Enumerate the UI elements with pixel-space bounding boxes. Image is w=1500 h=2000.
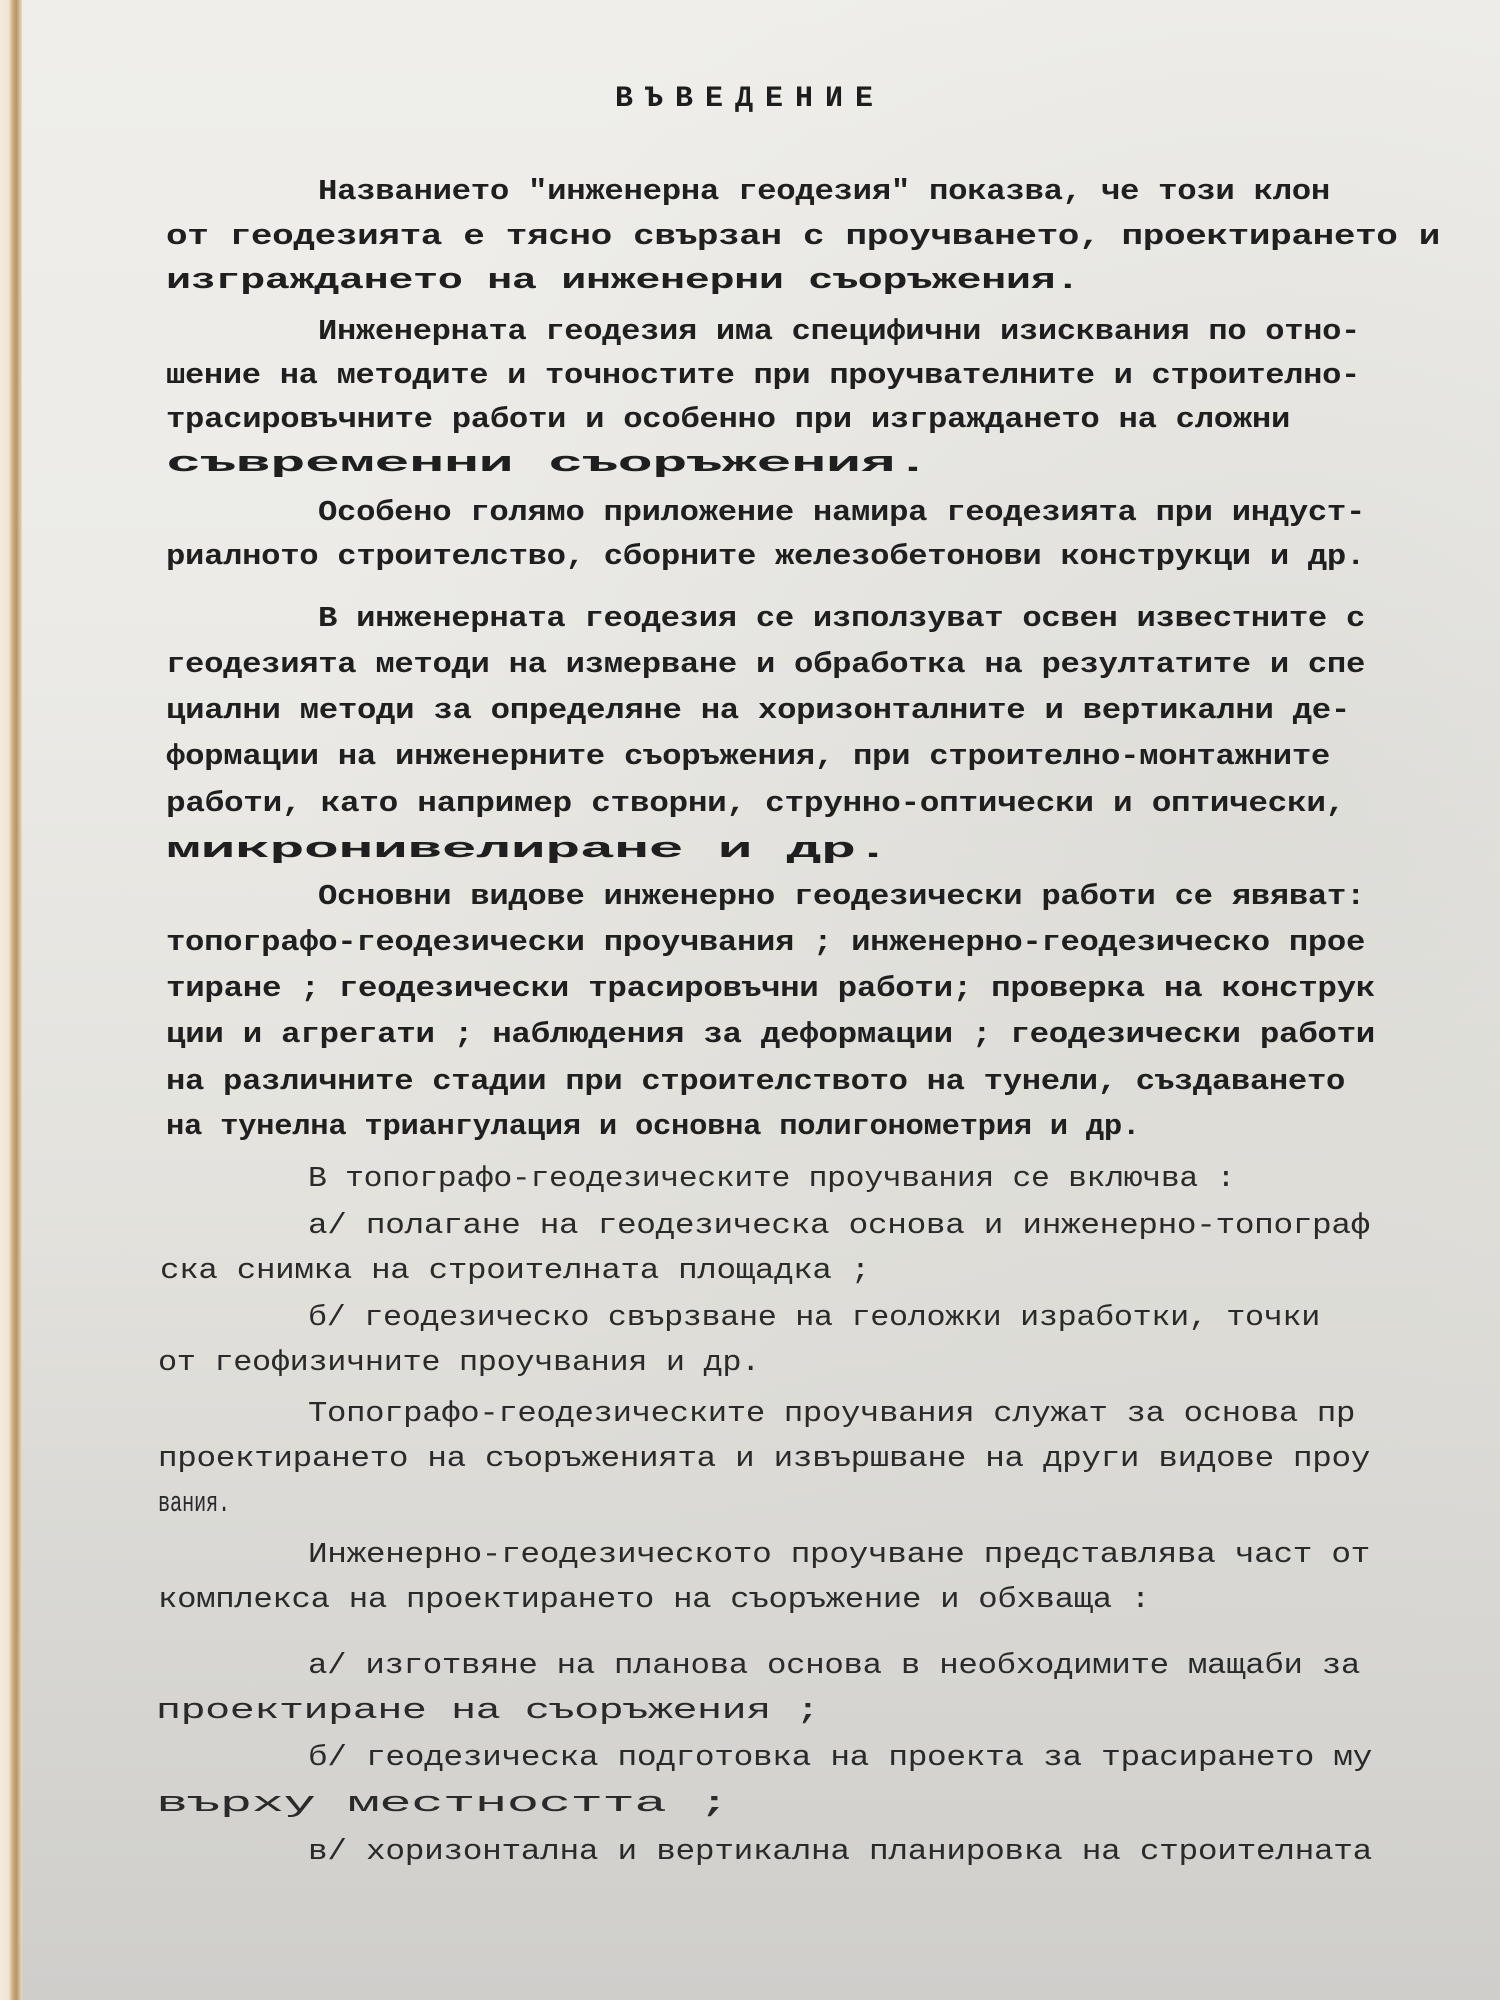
text-line: Топографо-геодезическите проучвания служ… — [308, 1397, 1355, 1430]
text-line: проектирането на съоръженията и извършва… — [158, 1442, 1370, 1475]
text-line: риалното строителство, сборните железобе… — [166, 540, 1365, 573]
page-edge — [0, 0, 22, 2000]
text-line: съвременни съоръжения. — [166, 447, 930, 480]
text-line: върху местността ; — [156, 1787, 730, 1820]
text-line: работи, като например створни, струнно-о… — [166, 787, 1345, 820]
text-line: от геодезията е тясно свързан с проучван… — [166, 220, 1440, 253]
text-line: В инженерната геодезия се използуват осв… — [318, 602, 1365, 635]
text-line: ска снимка на строителната площадка ; — [160, 1254, 870, 1287]
text-line: б/ геодезическо свързване на геоложки из… — [308, 1301, 1320, 1334]
text-line: формации на инженерните съоръжения, при … — [166, 740, 1330, 773]
text-line: геодезията методи на измерване и обработ… — [166, 648, 1365, 681]
text-line: топографо-геодезически проучвания ; инже… — [166, 926, 1365, 959]
text-line: Названието "инженерна геодезия" показва,… — [318, 175, 1330, 208]
text-line: ции и агрегати ; наблюдения за деформаци… — [166, 1018, 1375, 1051]
text-line: Основни видове инженерно геодезически ра… — [318, 880, 1365, 913]
text-line: трасировъчните работи и особенно при изг… — [166, 403, 1290, 436]
text-line: микронивелиране и др. — [166, 833, 890, 866]
text-line: а/ полагане на геодезическа основа и инж… — [308, 1209, 1370, 1242]
text-line: на тунелна триангулация и основна полиго… — [166, 1110, 1140, 1143]
page-title: ВЪВЕДЕНИЕ — [0, 82, 1500, 116]
text-line: тиране ; геодезически трасировъчни работ… — [166, 972, 1375, 1005]
text-line: проектиране на съоръжения ; — [156, 1694, 820, 1727]
text-line: а/ изготвяне на планова основа в необход… — [308, 1649, 1360, 1682]
text-line: вания. — [158, 1487, 230, 1520]
text-line: на различните стадии при строителството … — [166, 1065, 1345, 1098]
text-line: б/ геодезическа подготовка на проекта за… — [308, 1741, 1372, 1774]
text-line: Инженерно-геодезическото проучване предс… — [308, 1538, 1370, 1571]
text-line: изграждането на инженерни съоръжения. — [166, 264, 1080, 297]
text-line: Инженерната геодезия има специфични изис… — [318, 315, 1360, 348]
text-line: от геофизичните проучвания и др. — [158, 1346, 760, 1379]
text-line: В топографо-геодезическите проучвания се… — [308, 1162, 1235, 1195]
text-line: шение на методите и точностите при проуч… — [166, 359, 1360, 392]
text-line: Особено голямо приложение намира геодези… — [318, 496, 1365, 529]
text-line: циални методи за определяне на хоризонта… — [166, 694, 1350, 727]
text-line: комплекса на проектирането на съоръжение… — [158, 1583, 1150, 1616]
text-line: в/ хоризонтална и вертикална планировка … — [308, 1835, 1372, 1868]
